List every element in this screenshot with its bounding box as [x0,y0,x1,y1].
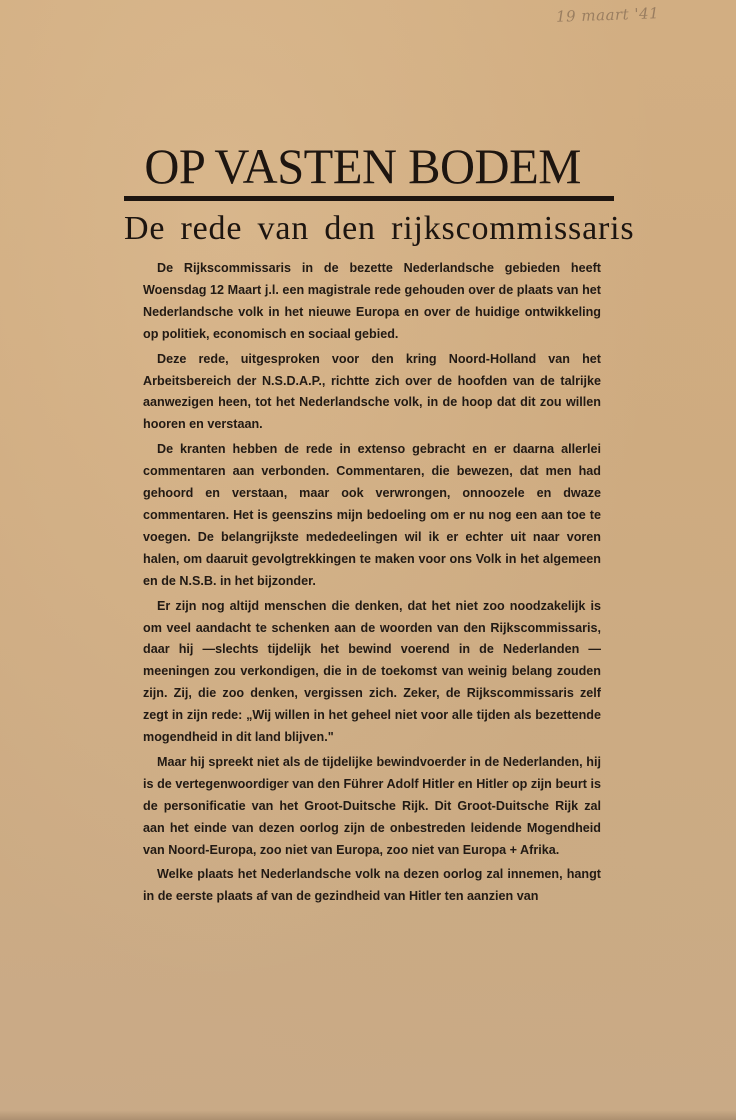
title-rule-divider [124,196,614,201]
paragraph: De kranten hebben de rede in extenso geb… [143,439,601,592]
paragraph: De Rijkscommissaris in de bezette Nederl… [143,258,601,346]
masthead: OP VASTEN BODEM De rede van den rijkscom… [124,140,616,249]
document-page: 19 maart '41 OP VASTEN BODEM De rede van… [0,0,736,1120]
handwritten-date-annotation: 19 maart '41 [556,4,660,26]
article-body: De Rijkscommissaris in de bezette Nederl… [143,258,601,910]
page-title: OP VASTEN BODEM [124,140,601,192]
paragraph: Deze rede, uitgesproken voor den kring N… [143,349,601,437]
paragraph: Maar hij spreekt niet als de tijdelijke … [143,752,601,862]
paragraph: Er zijn nog altijd menschen die denken, … [143,596,601,749]
page-subtitle: De rede van den rijkscommissaris [124,209,616,249]
paragraph: Welke plaats het Nederlandsche volk na d… [143,864,601,908]
